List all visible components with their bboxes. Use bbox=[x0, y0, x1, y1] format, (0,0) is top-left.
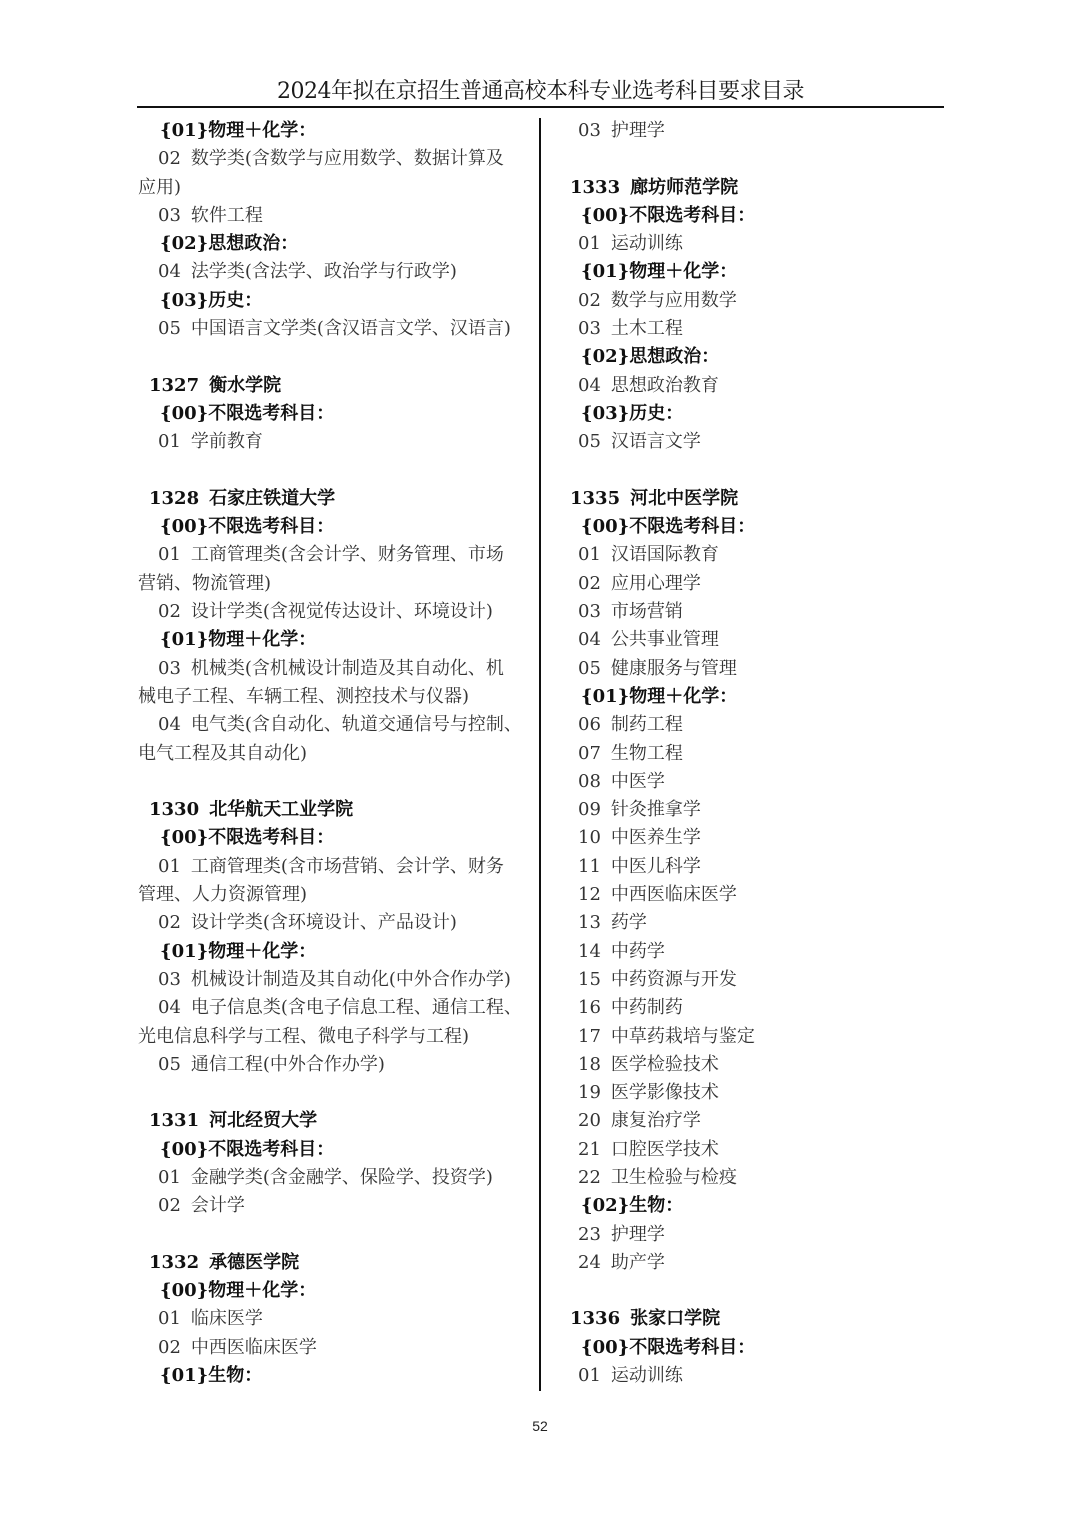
blank-line bbox=[138, 1221, 530, 1249]
major-name: 制药工程 bbox=[611, 714, 683, 735]
major-name: 数学与应用数学 bbox=[611, 290, 737, 311]
major-code: 02 bbox=[158, 912, 181, 933]
university-name: 承德医学院 bbox=[209, 1252, 299, 1273]
university-name: 廊坊师范学院 bbox=[630, 177, 738, 198]
major-item: 15中药资源与开发 bbox=[562, 966, 932, 994]
major-item: 02应用心理学 bbox=[562, 570, 932, 598]
subject-requirement-group: {01}生物： bbox=[138, 1362, 530, 1390]
major-code: 05 bbox=[578, 431, 601, 452]
blank-line bbox=[562, 145, 932, 173]
major-item: 01金融学类(含金融学、保险学、投资学) bbox=[138, 1164, 530, 1192]
major-item: 08中医学 bbox=[562, 768, 932, 796]
major-code: 01 bbox=[578, 233, 601, 254]
major-code: 03 bbox=[578, 120, 601, 141]
major-item: 04公共事业管理 bbox=[562, 626, 932, 654]
major-item: 10中医养生学 bbox=[562, 824, 932, 852]
subject-requirement-group: {00}物理＋化学： bbox=[138, 1277, 530, 1305]
university-heading: 1328石家庄铁道大学 bbox=[138, 485, 530, 513]
subject-requirement-group: {00}不限选考科目： bbox=[138, 513, 530, 541]
major-code: 01 bbox=[158, 1167, 181, 1188]
major-item: 01运动训练 bbox=[562, 1362, 932, 1390]
major-code: 14 bbox=[578, 941, 601, 962]
major-name: 会计学 bbox=[191, 1195, 245, 1216]
major-name: 公共事业管理 bbox=[611, 629, 719, 650]
major-item: 23护理学 bbox=[562, 1221, 932, 1249]
major-item: 11中医儿科学 bbox=[562, 853, 932, 881]
major-name: 工商管理类(含市场营销、会计学、财务 bbox=[191, 856, 504, 877]
major-item-continuation: 管理、人力资源管理) bbox=[138, 881, 530, 909]
major-item: 14中药学 bbox=[562, 938, 932, 966]
major-code: 01 bbox=[158, 544, 181, 565]
major-code: 04 bbox=[578, 629, 601, 650]
major-item: 02中西医临床医学 bbox=[138, 1334, 530, 1362]
major-code: 05 bbox=[578, 658, 601, 679]
major-item: 04电子信息类(含电子信息工程、通信工程、 bbox=[138, 994, 530, 1022]
major-code: 04 bbox=[578, 375, 601, 396]
major-name: 应用心理学 bbox=[611, 573, 701, 594]
university-heading: 1330北华航天工业学院 bbox=[138, 796, 530, 824]
major-item: 19医学影像技术 bbox=[562, 1079, 932, 1107]
major-name: 中西医临床医学 bbox=[191, 1337, 317, 1358]
major-name: 工商管理类(含会计学、财务管理、市场 bbox=[191, 544, 504, 565]
major-name: 设计学类(含视觉传达设计、环境设计) bbox=[191, 601, 493, 622]
major-name: 机械设计制造及其自动化(中外合作办学) bbox=[191, 969, 511, 990]
major-code: 19 bbox=[578, 1082, 601, 1103]
blank-line bbox=[138, 343, 530, 371]
major-code: 05 bbox=[158, 1054, 181, 1075]
major-item: 12中西医临床医学 bbox=[562, 881, 932, 909]
major-name: 生物工程 bbox=[611, 743, 683, 764]
major-code: 03 bbox=[158, 205, 181, 226]
major-item: 01工商管理类(含会计学、财务管理、市场 bbox=[138, 541, 530, 569]
right-column: 03护理学1333廊坊师范学院{00}不限选考科目：01运动训练{01}物理＋化… bbox=[562, 117, 932, 1390]
major-code: 07 bbox=[578, 743, 601, 764]
major-name: 通信工程(中外合作办学) bbox=[191, 1054, 385, 1075]
major-code: 02 bbox=[578, 290, 601, 311]
major-name: 口腔医学技术 bbox=[611, 1139, 719, 1160]
major-item: 04法学类(含法学、政治学与行政学) bbox=[138, 258, 530, 286]
university-heading: 1335河北中医学院 bbox=[562, 485, 932, 513]
subject-requirement-group: {01}物理＋化学： bbox=[138, 626, 530, 654]
major-name: 中西医临床医学 bbox=[611, 884, 737, 905]
university-code: 1333 bbox=[570, 177, 620, 198]
major-name: 运动训练 bbox=[611, 233, 683, 254]
major-name: 汉语言文学 bbox=[611, 431, 701, 452]
university-name: 石家庄铁道大学 bbox=[209, 488, 335, 509]
blank-line bbox=[138, 1079, 530, 1107]
major-name: 机械类(含机械设计制造及其自动化、机 bbox=[191, 658, 504, 679]
major-name: 金融学类(含金融学、保险学、投资学) bbox=[191, 1167, 493, 1188]
major-code: 03 bbox=[578, 318, 601, 339]
page-number: 52 bbox=[0, 1418, 1080, 1434]
major-name: 中草药栽培与鉴定 bbox=[611, 1026, 755, 1047]
university-code: 1331 bbox=[149, 1110, 199, 1131]
subject-requirement-group: {03}历史： bbox=[138, 287, 530, 315]
major-code: 21 bbox=[578, 1139, 601, 1160]
subject-requirement-group: {02}生物： bbox=[562, 1192, 932, 1220]
university-code: 1336 bbox=[570, 1308, 620, 1329]
major-code: 02 bbox=[158, 1337, 181, 1358]
major-item: 24助产学 bbox=[562, 1249, 932, 1277]
major-name: 学前教育 bbox=[191, 431, 263, 452]
major-code: 04 bbox=[158, 997, 181, 1018]
major-item: 02设计学类(含视觉传达设计、环境设计) bbox=[138, 598, 530, 626]
blank-line bbox=[562, 457, 932, 485]
university-heading: 1327衡水学院 bbox=[138, 372, 530, 400]
university-name: 衡水学院 bbox=[209, 375, 281, 396]
university-heading: 1333廊坊师范学院 bbox=[562, 174, 932, 202]
major-item: 02数学与应用数学 bbox=[562, 287, 932, 315]
major-item-continuation: 应用) bbox=[138, 174, 530, 202]
major-name: 医学检验技术 bbox=[611, 1054, 719, 1075]
major-item-continuation: 光电信息科学与工程、微电子科学与工程) bbox=[138, 1023, 530, 1051]
major-name: 土木工程 bbox=[611, 318, 683, 339]
major-code: 02 bbox=[158, 601, 181, 622]
major-name: 医学影像技术 bbox=[611, 1082, 719, 1103]
subject-requirement-group: {02}思想政治： bbox=[138, 230, 530, 258]
blank-line bbox=[562, 1277, 932, 1305]
major-code: 09 bbox=[578, 799, 601, 820]
major-item: 18医学检验技术 bbox=[562, 1051, 932, 1079]
major-item: 05汉语言文学 bbox=[562, 428, 932, 456]
page-title: 2024年拟在京招生普通高校本科专业选考科目要求目录 bbox=[137, 74, 944, 105]
major-item: 01工商管理类(含市场营销、会计学、财务 bbox=[138, 853, 530, 881]
major-code: 13 bbox=[578, 912, 601, 933]
major-item: 07生物工程 bbox=[562, 740, 932, 768]
major-name: 中药制药 bbox=[611, 997, 683, 1018]
subject-requirement-group: {01}物理＋化学： bbox=[138, 938, 530, 966]
major-item: 05通信工程(中外合作办学) bbox=[138, 1051, 530, 1079]
major-item: 09针灸推拿学 bbox=[562, 796, 932, 824]
university-heading: 1331河北经贸大学 bbox=[138, 1107, 530, 1135]
major-item: 16中药制药 bbox=[562, 994, 932, 1022]
major-code: 04 bbox=[158, 714, 181, 735]
major-item: 01临床医学 bbox=[138, 1305, 530, 1333]
university-code: 1332 bbox=[149, 1252, 199, 1273]
major-name: 助产学 bbox=[611, 1252, 665, 1273]
major-item: 21口腔医学技术 bbox=[562, 1136, 932, 1164]
major-name: 运动训练 bbox=[611, 1365, 683, 1386]
major-code: 06 bbox=[578, 714, 601, 735]
subject-requirement-group: {03}历史： bbox=[562, 400, 932, 428]
major-code: 15 bbox=[578, 969, 601, 990]
major-item-continuation: 电气工程及其自动化) bbox=[138, 740, 530, 768]
major-code: 02 bbox=[158, 148, 181, 169]
major-name: 康复治疗学 bbox=[611, 1110, 701, 1131]
major-item: 22卫生检验与检疫 bbox=[562, 1164, 932, 1192]
university-name: 河北中医学院 bbox=[630, 488, 738, 509]
major-code: 24 bbox=[578, 1252, 601, 1273]
major-name: 中药学 bbox=[611, 941, 665, 962]
subject-requirement-group: {01}物理＋化学： bbox=[562, 683, 932, 711]
university-heading: 1336张家口学院 bbox=[562, 1305, 932, 1333]
major-code: 18 bbox=[578, 1054, 601, 1075]
subject-requirement-group: {01}物理＋化学： bbox=[562, 258, 932, 286]
major-item: 01运动训练 bbox=[562, 230, 932, 258]
major-name: 中医养生学 bbox=[611, 827, 701, 848]
major-item: 02会计学 bbox=[138, 1192, 530, 1220]
blank-line bbox=[138, 768, 530, 796]
major-name: 针灸推拿学 bbox=[611, 799, 701, 820]
subject-requirement-group: {01}物理＋化学： bbox=[138, 117, 530, 145]
major-code: 08 bbox=[578, 771, 601, 792]
major-name: 市场营销 bbox=[611, 601, 683, 622]
university-code: 1330 bbox=[149, 799, 199, 820]
major-item: 03机械类(含机械设计制造及其自动化、机 bbox=[138, 655, 530, 683]
university-name: 河北经贸大学 bbox=[209, 1110, 317, 1131]
major-code: 01 bbox=[578, 544, 601, 565]
major-item: 13药学 bbox=[562, 909, 932, 937]
major-code: 16 bbox=[578, 997, 601, 1018]
major-item: 04思想政治教育 bbox=[562, 372, 932, 400]
subject-requirement-group: {02}思想政治： bbox=[562, 343, 932, 371]
major-name: 数学类(含数学与应用数学、数据计算及 bbox=[191, 148, 504, 169]
major-code: 03 bbox=[578, 601, 601, 622]
major-name: 设计学类(含环境设计、产品设计) bbox=[191, 912, 457, 933]
major-item: 17中草药栽培与鉴定 bbox=[562, 1023, 932, 1051]
major-code: 01 bbox=[158, 1308, 181, 1329]
major-name: 护理学 bbox=[611, 1224, 665, 1245]
major-item: 01汉语国际教育 bbox=[562, 541, 932, 569]
major-item: 05健康服务与管理 bbox=[562, 655, 932, 683]
major-code: 02 bbox=[578, 573, 601, 594]
major-code: 02 bbox=[158, 1195, 181, 1216]
major-name: 思想政治教育 bbox=[611, 375, 719, 396]
major-code: 01 bbox=[578, 1365, 601, 1386]
major-name: 卫生检验与检疫 bbox=[611, 1167, 737, 1188]
major-name: 中医儿科学 bbox=[611, 856, 701, 877]
major-name: 中医学 bbox=[611, 771, 665, 792]
major-name: 健康服务与管理 bbox=[611, 658, 737, 679]
major-item: 03市场营销 bbox=[562, 598, 932, 626]
major-code: 17 bbox=[578, 1026, 601, 1047]
major-code: 23 bbox=[578, 1224, 601, 1245]
major-code: 11 bbox=[578, 856, 601, 877]
subject-requirement-group: {00}不限选考科目： bbox=[138, 1136, 530, 1164]
university-name: 北华航天工业学院 bbox=[209, 799, 353, 820]
major-name: 临床医学 bbox=[191, 1308, 263, 1329]
subject-requirement-group: {00}不限选考科目： bbox=[138, 400, 530, 428]
major-name: 汉语国际教育 bbox=[611, 544, 719, 565]
major-item-continuation: 营销、物流管理) bbox=[138, 570, 530, 598]
title-rule bbox=[137, 106, 944, 108]
blank-line bbox=[138, 457, 530, 485]
major-name: 电子信息类(含电子信息工程、通信工程、 bbox=[191, 997, 522, 1018]
major-item: 03机械设计制造及其自动化(中外合作办学) bbox=[138, 966, 530, 994]
university-name: 张家口学院 bbox=[630, 1308, 720, 1329]
major-code: 03 bbox=[158, 658, 181, 679]
major-item: 03土木工程 bbox=[562, 315, 932, 343]
university-code: 1328 bbox=[149, 488, 199, 509]
major-code: 22 bbox=[578, 1167, 601, 1188]
major-code: 01 bbox=[158, 856, 181, 877]
major-item: 02数学类(含数学与应用数学、数据计算及 bbox=[138, 145, 530, 173]
major-item: 04电气类(含自动化、轨道交通信号与控制、 bbox=[138, 711, 530, 739]
major-name: 护理学 bbox=[611, 120, 665, 141]
major-code: 05 bbox=[158, 318, 181, 339]
major-name: 中药资源与开发 bbox=[611, 969, 737, 990]
major-code: 20 bbox=[578, 1110, 601, 1131]
major-item: 05中国语言文学类(含汉语言文学、汉语言) bbox=[138, 315, 530, 343]
major-item: 01学前教育 bbox=[138, 428, 530, 456]
major-item: 03护理学 bbox=[562, 117, 932, 145]
major-code: 01 bbox=[158, 431, 181, 452]
subject-requirement-group: {00}不限选考科目： bbox=[562, 513, 932, 541]
left-column: {01}物理＋化学：02数学类(含数学与应用数学、数据计算及应用)03软件工程{… bbox=[138, 117, 530, 1390]
subject-requirement-group: {00}不限选考科目： bbox=[562, 1334, 932, 1362]
major-code: 10 bbox=[578, 827, 601, 848]
subject-requirement-group: {00}不限选考科目： bbox=[138, 824, 530, 852]
university-heading: 1332承德医学院 bbox=[138, 1249, 530, 1277]
subject-requirement-group: {00}不限选考科目： bbox=[562, 202, 932, 230]
university-code: 1335 bbox=[570, 488, 620, 509]
major-code: 04 bbox=[158, 261, 181, 282]
major-name: 法学类(含法学、政治学与行政学) bbox=[191, 261, 457, 282]
major-item: 02设计学类(含环境设计、产品设计) bbox=[138, 909, 530, 937]
major-item: 03软件工程 bbox=[138, 202, 530, 230]
major-name: 药学 bbox=[611, 912, 647, 933]
university-code: 1327 bbox=[149, 375, 199, 396]
major-name: 电气类(含自动化、轨道交通信号与控制、 bbox=[191, 714, 522, 735]
major-name: 软件工程 bbox=[191, 205, 263, 226]
major-code: 12 bbox=[578, 884, 601, 905]
major-item: 20康复治疗学 bbox=[562, 1107, 932, 1135]
major-name: 中国语言文学类(含汉语言文学、汉语言) bbox=[191, 318, 511, 339]
major-code: 03 bbox=[158, 969, 181, 990]
major-item: 06制药工程 bbox=[562, 711, 932, 739]
column-divider bbox=[539, 118, 541, 1391]
major-item-continuation: 械电子工程、车辆工程、测控技术与仪器) bbox=[138, 683, 530, 711]
